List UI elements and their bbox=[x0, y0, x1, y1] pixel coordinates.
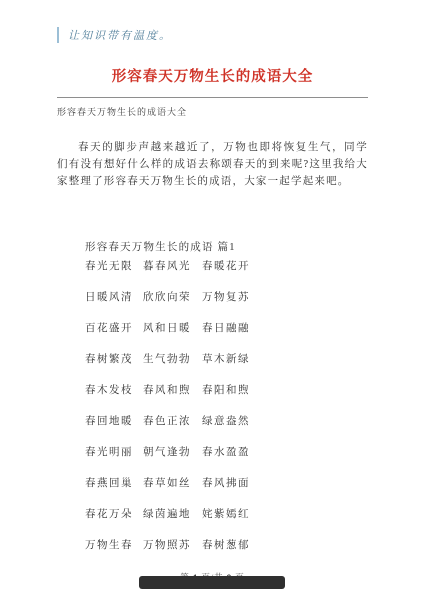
idiom-row: 春树繁茂生气勃勃草木新绿 bbox=[85, 354, 368, 366]
idiom: 日暖风清 bbox=[85, 292, 143, 304]
idiom: 欣欣向荣 bbox=[143, 292, 202, 304]
idiom: 暮春风光 bbox=[143, 261, 202, 273]
idiom-row: 春木发枝春风和煦春阳和煦 bbox=[85, 385, 368, 397]
idiom-row: 春光无限暮春风光春暖花开 bbox=[85, 261, 368, 273]
intro-paragraph: 春天的脚步声越来越近了，万物也即将恢复生气，同学们有没有想好什么样的成语去称颂春… bbox=[57, 139, 368, 190]
page-title: 形容春天万物生长的成语大全 bbox=[57, 65, 368, 86]
idiom: 春树繁茂 bbox=[85, 354, 143, 366]
idiom-row: 春花万朵绿茵遍地姹紫嫣红 bbox=[85, 509, 368, 521]
idiom: 春树葱郁 bbox=[202, 540, 250, 552]
idiom: 春木发枝 bbox=[85, 385, 143, 397]
idiom: 百花盛开 bbox=[85, 323, 143, 335]
idiom: 春草如丝 bbox=[143, 478, 202, 490]
idiom: 万物复苏 bbox=[202, 292, 250, 304]
idiom: 春色正浓 bbox=[143, 416, 202, 428]
idiom: 姹紫嫣红 bbox=[202, 509, 250, 521]
header-tagline: 让知识带有温度。 bbox=[57, 26, 368, 44]
idiom: 春回地暖 bbox=[85, 416, 143, 428]
idiom: 万物生春 bbox=[85, 540, 143, 552]
home-indicator-bar bbox=[139, 576, 285, 589]
idiom: 春日融融 bbox=[202, 323, 250, 335]
tagline-accent-bar bbox=[57, 27, 59, 43]
idiom: 生气勃勃 bbox=[143, 354, 202, 366]
tagline-text: 让知识带有温度。 bbox=[68, 27, 172, 43]
idiom: 春阳和煦 bbox=[202, 385, 250, 397]
idiom: 春风和煦 bbox=[143, 385, 202, 397]
idiom: 草木新绿 bbox=[202, 354, 250, 366]
subtitle: 形容春天万物生长的成语大全 bbox=[57, 105, 368, 118]
idiom-row: 万物生春万物照苏春树葱郁 bbox=[85, 540, 368, 552]
idiom-row: 春回地暖春色正浓绿意盎然 bbox=[85, 416, 368, 428]
idiom: 春水盈盈 bbox=[202, 447, 250, 459]
idiom: 春燕回巢 bbox=[85, 478, 143, 490]
idiom: 春光无限 bbox=[85, 261, 143, 273]
idiom-row: 春光明丽朝气逢勃春水盈盈 bbox=[85, 447, 368, 459]
idiom: 风和日暖 bbox=[143, 323, 202, 335]
idiom: 绿茵遍地 bbox=[143, 509, 202, 521]
idiom: 万物照苏 bbox=[143, 540, 202, 552]
idiom-row: 日暖风清欣欣向荣万物复苏 bbox=[85, 292, 368, 304]
idiom-row: 百花盛开风和日暖春日融融 bbox=[85, 323, 368, 335]
idiom: 春暖花开 bbox=[202, 261, 250, 273]
idiom: 朝气逢勃 bbox=[143, 447, 202, 459]
idiom: 春花万朵 bbox=[85, 509, 143, 521]
document-page: 让知识带有温度。 形容春天万物生长的成语大全 形容春天万物生长的成语大全 春天的… bbox=[0, 0, 424, 600]
idiom: 绿意盎然 bbox=[202, 416, 250, 428]
idiom: 春风拂面 bbox=[202, 478, 250, 490]
idiom-list-heading: 形容春天万物生长的成语 篇1 bbox=[85, 239, 368, 254]
idiom: 春光明丽 bbox=[85, 447, 143, 459]
idiom-row: 春燕回巢春草如丝春风拂面 bbox=[85, 478, 368, 490]
idiom-list: 春光无限暮春风光春暖花开日暖风清欣欣向荣万物复苏百花盛开风和日暖春日融融春树繁茂… bbox=[85, 261, 368, 552]
title-divider bbox=[57, 97, 368, 98]
